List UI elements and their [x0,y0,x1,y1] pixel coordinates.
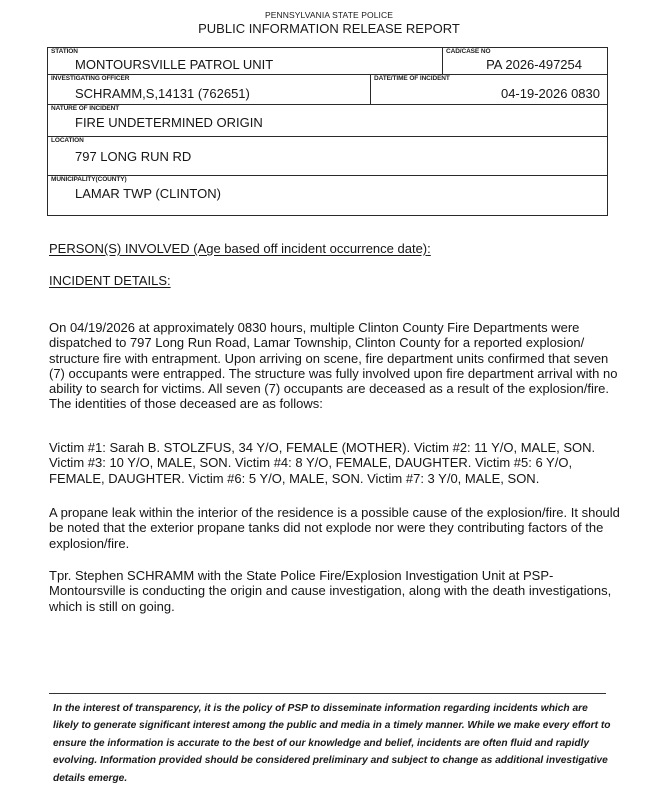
nature-value: FIRE UNDETERMINED ORIGIN [75,115,263,130]
form-row-nature: NATURE OF INCIDENT FIRE UNDETERMINED ORI… [48,105,607,137]
victims-list: Victim #1: Sarah B. STOLZFUS, 34 Y/O, FE… [49,440,621,486]
form-row-officer: INVESTIGATING OFFICER SCHRAMM,S,14131 (7… [48,75,607,105]
datetime-label: DATE/TIME OF INCIDENT [374,75,450,82]
agency-name: PENNSYLVANIA STATE POLICE [0,10,658,20]
officer-label: INVESTIGATING OFFICER [51,75,129,82]
station-label: STATION [51,48,78,55]
persons-involved-text: PERSON(S) INVOLVED (Age based off incide… [49,241,427,256]
incident-details-heading: INCIDENT DETAILS: [49,273,171,288]
form-row-location: LOCATION 797 LONG RUN RD [48,137,607,176]
officer-value: SCHRAMM,S,14131 (762651) [75,86,250,101]
nature-label: NATURE OF INCIDENT [51,105,119,112]
persons-involved-heading: PERSON(S) INVOLVED (Age based off incide… [49,241,431,256]
transparency-disclaimer: In the interest of transparency, it is t… [53,700,613,787]
municipality-value: LAMAR TWP (CLINTON) [75,186,221,201]
datetime-value: 04-19-2026 0830 [501,86,600,101]
footer-divider [49,693,606,694]
persons-involved-colon: : [427,241,431,256]
location-value: 797 LONG RUN RD [75,149,191,164]
incident-details-text: INCIDENT DETAILS [49,273,167,288]
incident-narrative: On 04/19/2026 at approximately 0830 hour… [49,320,621,412]
location-label: LOCATION [51,137,84,144]
case-no-label: CAD/CASE NO [446,48,490,55]
incident-form: STATION MONTOURSVILLE PATROL UNIT CAD/CA… [47,47,608,216]
station-value: MONTOURSVILLE PATROL UNIT [75,57,273,72]
form-row-municipality: MUNICIPALITY(COUNTY) LAMAR TWP (CLINTON) [48,176,607,216]
investigation-paragraph: Tpr. Stephen SCHRAMM with the State Poli… [49,568,621,614]
form-row-station: STATION MONTOURSVILLE PATROL UNIT CAD/CA… [48,48,607,75]
case-no-value: PA 2026-497254 [486,57,582,72]
cause-paragraph: A propane leak within the interior of th… [49,505,621,551]
datetime-cell: DATE/TIME OF INCIDENT 04-19-2026 0830 [370,75,608,104]
incident-details-colon: : [167,273,171,288]
report-title: PUBLIC INFORMATION RELEASE REPORT [0,21,658,36]
officer-cell: INVESTIGATING OFFICER SCHRAMM,S,14131 (7… [48,75,370,104]
municipality-label: MUNICIPALITY(COUNTY) [51,176,127,183]
case-no-cell: CAD/CASE NO PA 2026-497254 [442,48,608,74]
station-cell: STATION MONTOURSVILLE PATROL UNIT [48,48,442,74]
